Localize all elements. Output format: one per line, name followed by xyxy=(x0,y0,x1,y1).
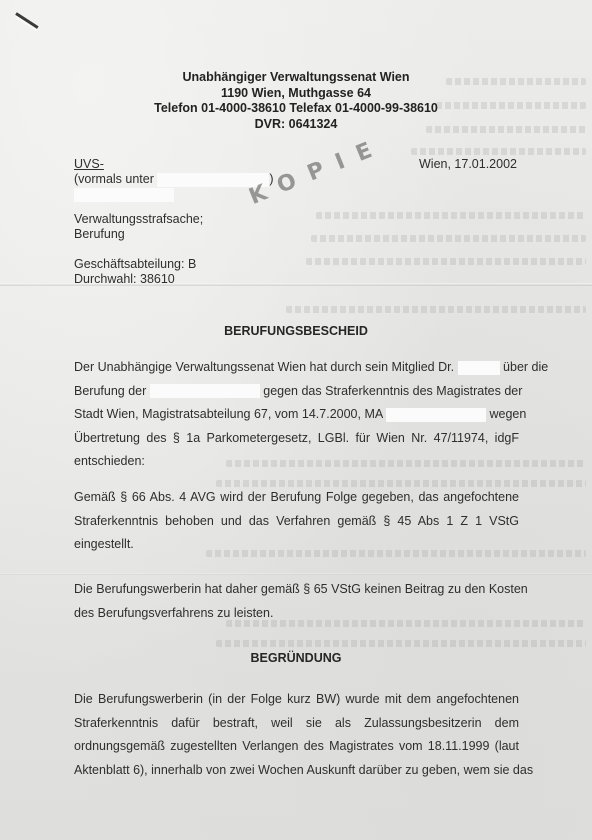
bleed-through-text xyxy=(306,258,586,265)
bleed-through-text xyxy=(316,212,586,219)
department: Geschäftsabteilung: B xyxy=(74,257,274,272)
place-date: Wien, 17.01.2002 xyxy=(419,157,517,172)
extension: Durchwahl: 38610 xyxy=(74,272,274,287)
text-line: ordnungsgemäß zugestellten Verlangen des… xyxy=(74,735,519,759)
reasoning-title: BEGRÜNDUNG xyxy=(0,651,592,665)
reasoning-paragraph: Die Berufungswerberin (in der Folge kurz… xyxy=(74,688,519,782)
redacted-field xyxy=(386,408,486,422)
letterhead: Unabhängiger Verwaltungssenat Wien 1190 … xyxy=(0,70,592,132)
reference-block: UVS- (vormals unter ) Verwaltungsstrafsa… xyxy=(74,157,274,287)
bleed-through-text xyxy=(311,235,586,242)
bleed-through-text xyxy=(411,148,586,155)
decision-title: BERUFUNGSBESCHEID xyxy=(0,324,592,338)
text-line: eingestellt. xyxy=(74,533,519,557)
redacted-field xyxy=(458,361,500,375)
text-line: Die Berufungswerberin hat daher gemäß § … xyxy=(74,578,519,602)
bleed-through-text xyxy=(286,306,586,313)
contact-info: Geschäftsabteilung: B Durchwahl: 38610 xyxy=(74,257,274,287)
authority-phone-fax: Telefon 01-4000-38610 Telefax 01-4000-99… xyxy=(0,101,592,117)
text-line: entschieden: xyxy=(74,450,519,474)
paper-fold-line xyxy=(0,573,592,575)
case-type: Verwaltungsstrafsache; Berufung xyxy=(74,212,274,242)
text-line: Gemäß § 66 Abs. 4 AVG wird der Berufung … xyxy=(74,486,519,510)
text-line: Übertretung des § 1a Parkometergesetz, L… xyxy=(74,427,519,451)
ruling-paragraph: Gemäß § 66 Abs. 4 AVG wird der Berufung … xyxy=(74,486,519,557)
redacted-field xyxy=(150,384,260,398)
text-line: des Berufungsverfahrens zu leisten. xyxy=(74,602,519,626)
text-line: Straferkenntnis behoben und das Verfahre… xyxy=(74,510,519,534)
case-number: UVS- xyxy=(74,157,274,172)
text-line: Aktenblatt 6), innerhalb von zwei Wochen… xyxy=(74,759,519,783)
text-line: Berufung der gegen das Straferkenntnis d… xyxy=(74,380,519,404)
redacted-field xyxy=(74,188,174,202)
authority-address: 1190 Wien, Muthgasse 64 xyxy=(0,86,592,102)
text-line: Straferkenntnis dafür bestraft, weil sie… xyxy=(74,712,519,736)
text-line: Stadt Wien, Magistratsabteilung 67, vom … xyxy=(74,403,519,427)
authority-dvr: DVR: 0641324 xyxy=(0,117,592,133)
bleed-through-text xyxy=(216,640,586,647)
staple-mark xyxy=(15,12,38,29)
former-reference: (vormals unter ) xyxy=(74,172,274,187)
decision-intro: Der Unabhängige Verwaltungssenat Wien ha… xyxy=(74,356,519,474)
authority-name: Unabhängiger Verwaltungssenat Wien xyxy=(0,70,592,86)
scanned-letter-page: Unabhängiger Verwaltungssenat Wien 1190 … xyxy=(0,0,592,840)
costs-paragraph: Die Berufungswerberin hat daher gemäß § … xyxy=(74,578,519,625)
text-line: Der Unabhängige Verwaltungssenat Wien ha… xyxy=(74,356,519,380)
text-line: Die Berufungswerberin (in der Folge kurz… xyxy=(74,688,519,712)
uvs-prefix: UVS- xyxy=(74,157,104,171)
